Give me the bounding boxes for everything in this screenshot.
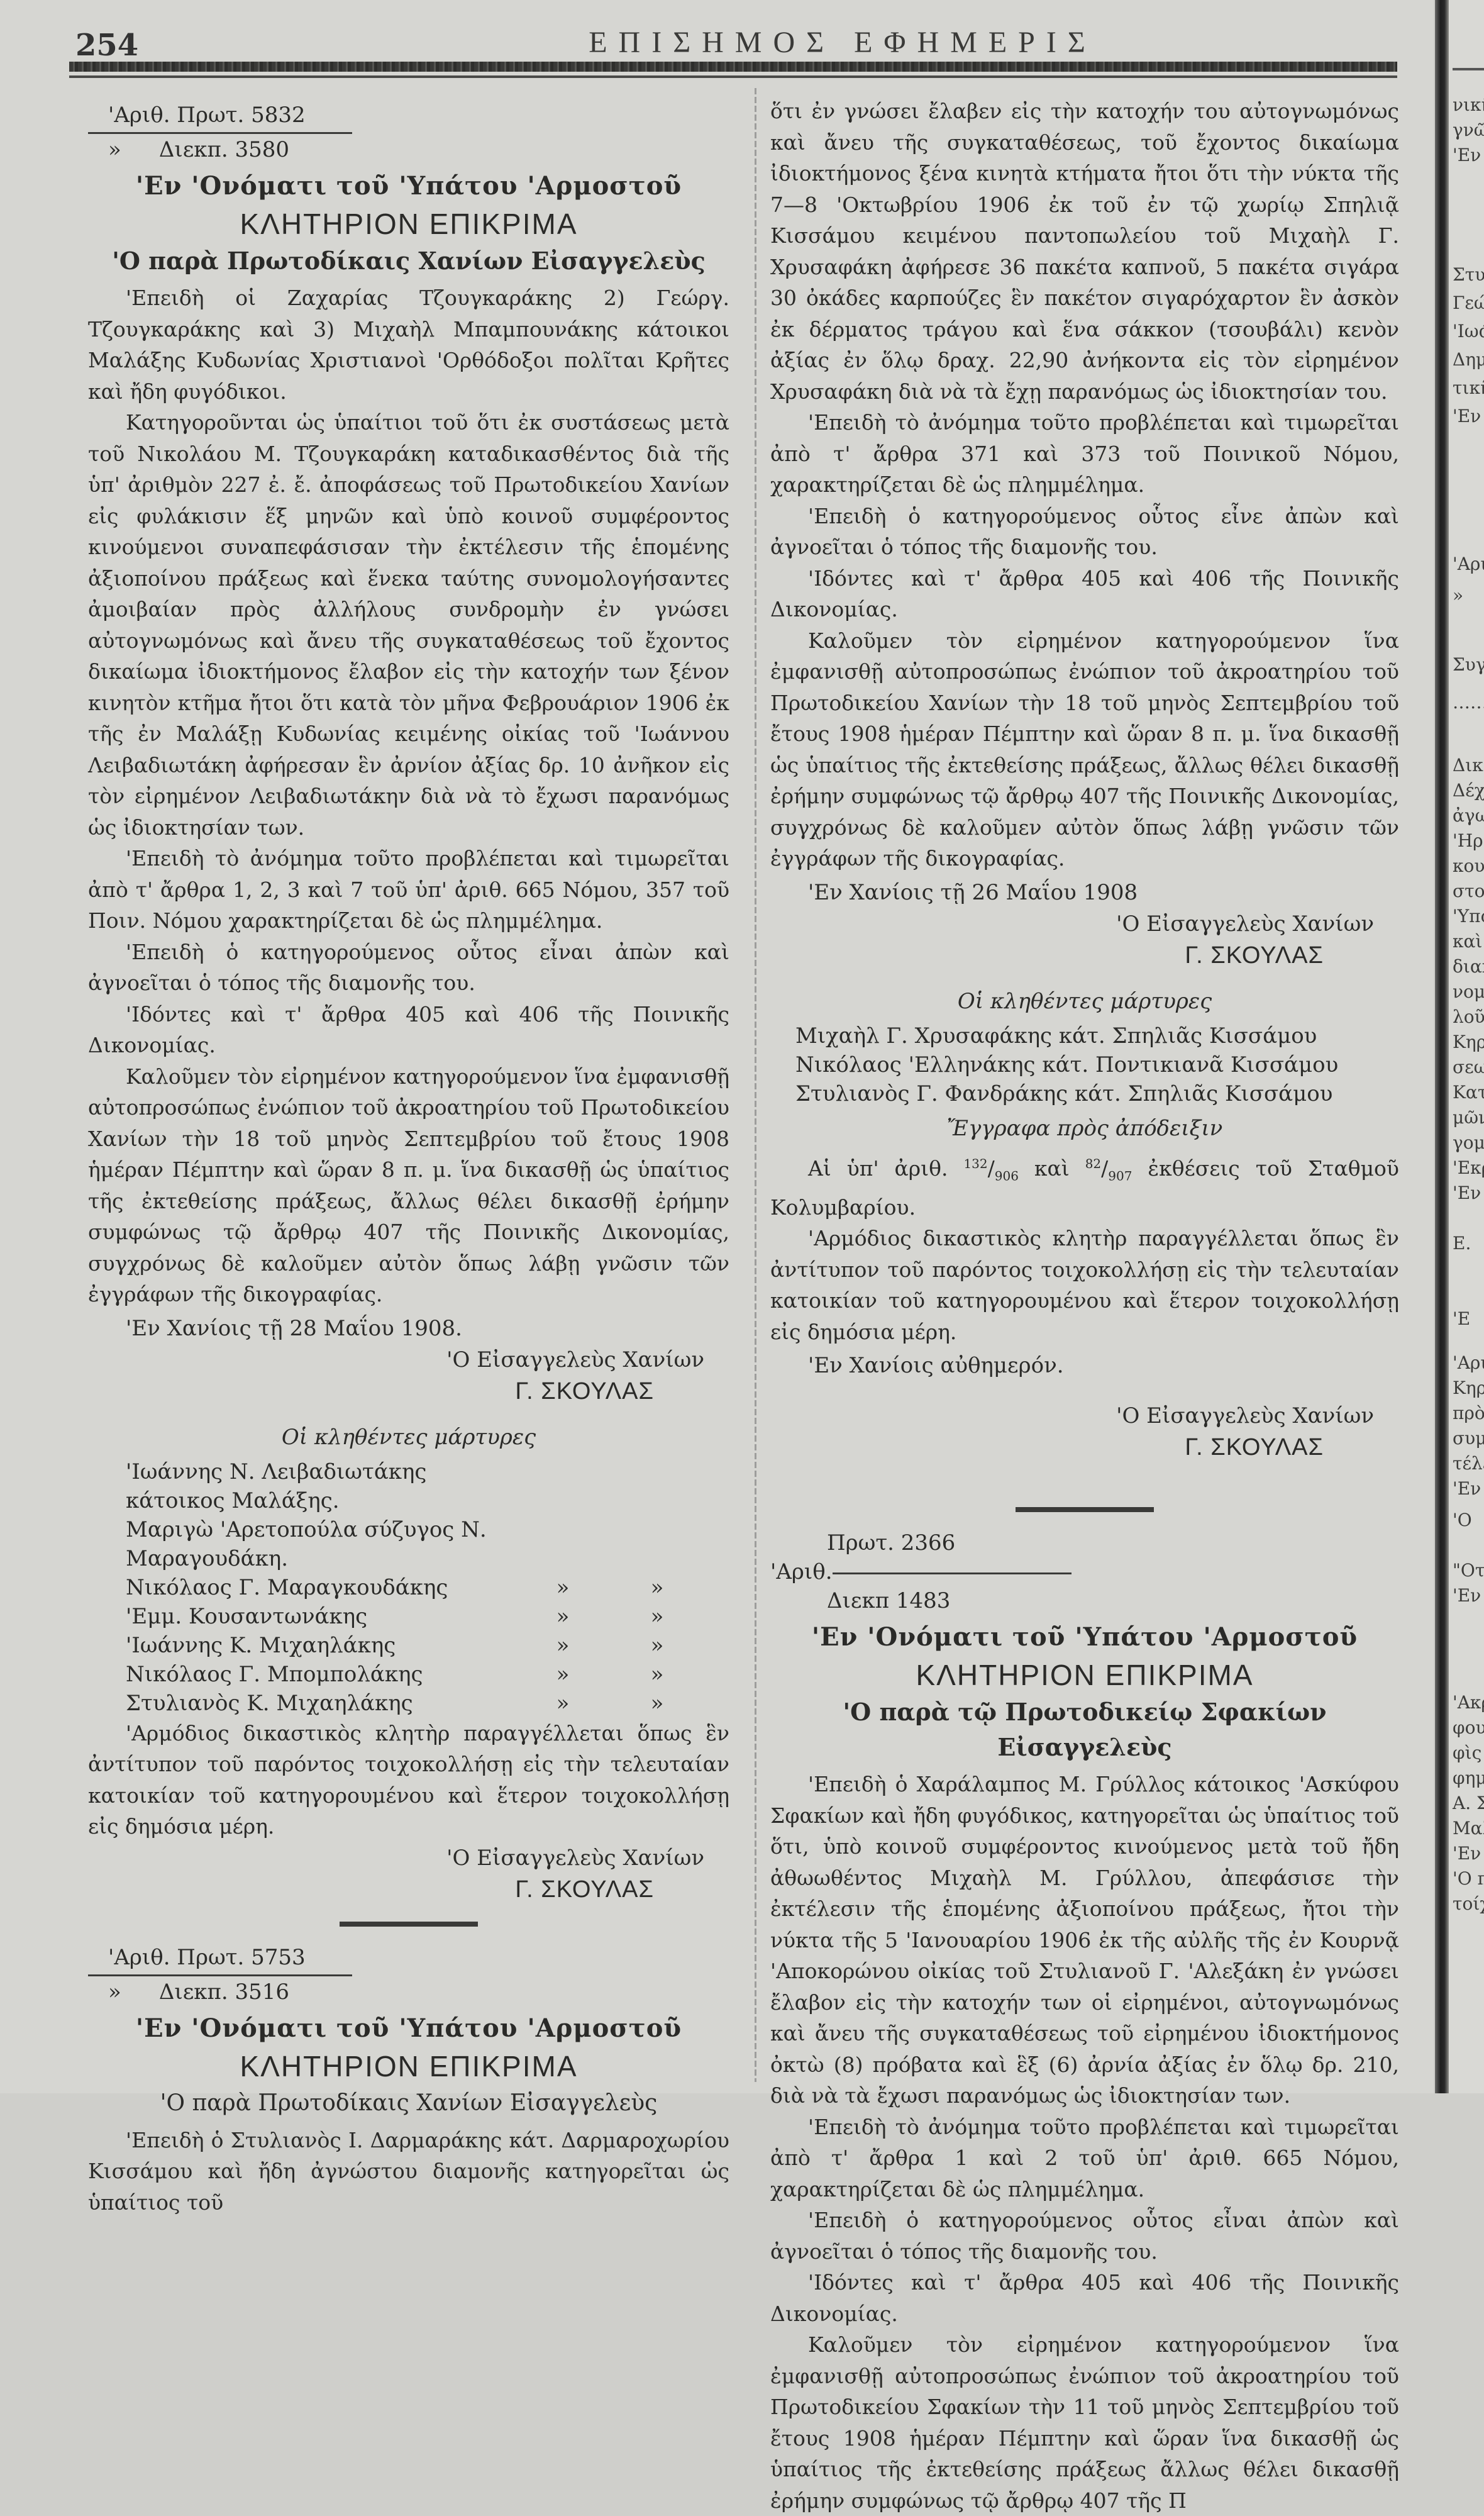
fragment-line: γομένου: [1453, 1132, 1484, 1153]
reference-rule: [88, 132, 352, 134]
witness-name: Μαριγὼ 'Αρετοπούλα σύζυγος Ν. Μαραγουδάκ…: [126, 1515, 516, 1573]
fragment-line: 'Εν: [1453, 1183, 1481, 1203]
ditto-mark: »: [516, 1573, 610, 1602]
witness-name: Νικόλαος Γ. Μπομπολάκης: [126, 1660, 516, 1689]
ditto-mark: »: [610, 1602, 704, 1631]
continuation-paragraph: 'Επειδὴ τὸ ἀνόμημα τοῦτο προβλέπεται καὶ…: [770, 407, 1399, 501]
witness-name: Στυλιανὸς Κ. Μιχαηλάκης: [126, 1689, 516, 1718]
fragment-line: νικῆς: [1453, 94, 1484, 115]
notice-1-office: 'Ο παρὰ Πρωτοδίκαις Χανίων Εἰσαγγελεὺς: [88, 243, 729, 279]
evidence-and: καὶ: [1034, 1156, 1070, 1181]
witnesses-heading: Οἱ κληθέντες μάρτυρες: [88, 1420, 729, 1455]
notice-2-reference: 'Αριθ. Πρωτ. 5753 » Διεκπ. 3516: [88, 1943, 729, 2007]
fragment-line: Συγκ: [1453, 654, 1484, 675]
page-gutter: [1435, 0, 1449, 2093]
fragment-line: μῶν δέ: [1453, 1107, 1484, 1128]
witness-name: 'Εμμ. Κουσαντωνάκης: [126, 1602, 516, 1631]
fragment-line: 'Ο: [1453, 1510, 1472, 1530]
left-column: 'Αριθ. Πρωτ. 5832 » Διεκπ. 3580 'Εν 'Ονό…: [88, 88, 729, 2093]
notice-1-title: ΚΛΗΤΗΡΙΟΝ ΕΠΙΚΡΙΜΑ: [88, 204, 729, 243]
witness-row: Στυλιανὸς Κ. Μιχαηλάκης » »: [88, 1689, 729, 1718]
fragment-line: στου δι: [1453, 881, 1484, 901]
witness-row: 'Εμμ. Κουσαντωνάκης » »: [88, 1602, 729, 1631]
fragment-line: τικῆς Ι: [1453, 377, 1484, 398]
right-column: ὅτι ἐν γνώσει ἔλαβεν εἰς τὴν κατοχήν του…: [770, 88, 1399, 2093]
notice-1-paragraph: 'Επειδὴ τὸ ἀνόμημα τοῦτο προβλέπεται καὶ…: [88, 843, 729, 937]
fragment-line: "Οτι,: [1453, 1560, 1484, 1581]
witness-name: Νικόλαος Γ. Μαραγκουδάκης: [126, 1573, 516, 1602]
ditto-mark: »: [610, 1660, 704, 1689]
continuation-paragraph: 'Επειδὴ ὁ κατηγορούμενος οὗτος εἶνε ἀπὼν…: [770, 501, 1399, 563]
fragment-line: ἀγωγὴν: [1453, 805, 1484, 826]
same-day-note: 'Εν Χανίοις αὐθημερόν.: [770, 1350, 1399, 1381]
ditto-mark: »: [610, 1631, 704, 1660]
fragment-line: διακοσί: [1453, 956, 1484, 977]
fragment-line: 'Εν: [1453, 1478, 1481, 1499]
publication-title: ΕΠΙΣΗΜΟΣ ΕΦΗΜΕΡΙΣ: [440, 25, 1245, 60]
notice-2-invocation: 'Εν 'Ονόματι τοῦ 'Υπάτου 'Αρμοστοῦ: [88, 2010, 729, 2047]
witness-row: 'Ιωάννης Ν. Λειβαδιωτάκης κάτοικος Μαλάξ…: [88, 1457, 729, 1515]
fragment-line: Ε.: [1453, 1233, 1471, 1254]
dispatch-number: Διεκπ. 3516: [159, 1979, 289, 2005]
fragment-line: Κηρύσ: [1453, 1378, 1484, 1398]
fragment-line: ……: [1453, 692, 1484, 713]
fraction-denominator: 906: [995, 1168, 1019, 1183]
fragment-line: 'Εν: [1453, 406, 1481, 426]
evidence-paragraph: Αἱ ὑπ' ἀριθ. 132/906 καὶ 82/907 ἐκθέσεις…: [770, 1149, 1399, 1223]
notice-1-paragraph: 'Επειδὴ ὁ κατηγορούμενος οὗτος εἶναι ἀπὼ…: [88, 937, 729, 999]
fragment-line: 'Ακριβ: [1453, 1692, 1484, 1713]
witness-name: 'Ιωάννης Ν. Λειβαδιωτάκης κάτοικος Μαλάξ…: [126, 1457, 516, 1515]
fragment-line: συμφώνω: [1453, 1428, 1484, 1449]
fragment-line: γνῶσιν: [1453, 120, 1484, 140]
notice-1-invocation: 'Εν 'Ονόματι τοῦ 'Υπάτου 'Αρμοστοῦ: [88, 168, 729, 204]
notice-1-paragraph: 'Ιδόντες καὶ τ' ἄρθρα 405 καὶ 406 τῆς Πο…: [88, 999, 729, 1061]
dispatch-number: Διεκπ 1483: [770, 1586, 1399, 1615]
notice-1-paragraph: 'Επειδὴ οἱ Ζαχαρίας Τζουγκαράκης 2) Γεώρ…: [88, 282, 729, 407]
fragment-line: 'Ο πλη: [1453, 1868, 1484, 1889]
fragment-line: »: [1453, 585, 1463, 606]
fragment-line: Κηρύ: [1453, 1032, 1484, 1052]
bailiff-instruction: 'Αρμόδιος δικαστικὸς κλητὴρ παραγγέλλετα…: [88, 1718, 729, 1842]
fragment-line: Α. Στεια: [1453, 1793, 1484, 1813]
signer-title: 'Ο Εἰσαγγελεὺς Χανίων: [770, 1400, 1399, 1432]
fragment-line: Γεώ: [1453, 292, 1484, 313]
witness-name: Μιχαὴλ Γ. Χρυσαφάκης κάτ. Σπηλιᾶς Κισσάμ…: [770, 1021, 1399, 1050]
header-rule: [69, 62, 1397, 72]
notice-separator: [1016, 1507, 1154, 1512]
page-number: 254: [75, 28, 138, 63]
fragment-line: 'Ε: [1453, 1308, 1470, 1329]
fragment-line: 'Εν 'Η: [1453, 1585, 1484, 1606]
fragment-line: κου τέω: [1453, 855, 1484, 876]
fragment-line: φὶς δημο: [1453, 1742, 1484, 1763]
dispatch-number-row: » Διεκπ. 3580: [88, 135, 729, 164]
ditto-mark: »: [516, 1631, 610, 1660]
protocol-number: 'Αριθ. Πρωτ. 5753: [88, 1943, 729, 1972]
witness-row: Μαριγὼ 'Αρετοπούλα σύζυγος Ν. Μαραγουδάκ…: [88, 1515, 729, 1573]
ditto-mark: »: [108, 1978, 152, 2007]
protocol-number: Πρωτ. 2366: [770, 1528, 1399, 1557]
protocol-number: 'Αριθ. Πρωτ. 5832: [88, 101, 729, 130]
witness-name: Στυλιανὸς Γ. Φανδράκης κάτ. Σπηλιᾶς Κισσ…: [770, 1079, 1399, 1108]
notice-separator: [340, 1922, 478, 1927]
dispatch-number-row: » Διεκπ. 3516: [88, 1978, 729, 2007]
witness-name: 'Ιωάννης Κ. Μιχαηλάκης: [126, 1631, 516, 1660]
notice-3-reference: Πρωτ. 2366 'Αριθ. Διεκπ 1483: [770, 1528, 1399, 1615]
fragment-line: Κατα: [1453, 1082, 1484, 1103]
fragment-line: τέλεσιν.: [1453, 1453, 1484, 1474]
signer-name: Γ. ΣΚΟΥΛΑΣ: [88, 1376, 729, 1407]
fragment-line: 'Ιωά: [1453, 321, 1484, 342]
fragment-line: νομίμου: [1453, 981, 1484, 1002]
ditto-mark: »: [516, 1689, 610, 1718]
notice-3-paragraph: 'Επειδὴ ὁ Χαράλαμπος Μ. Γρύλλος κάτοικος…: [770, 1769, 1399, 2093]
fragment-line: λοῦς ἐξ: [1453, 1006, 1484, 1027]
header-rule: [1453, 68, 1484, 70]
column-divider: [755, 88, 756, 2082]
witness-row: Νικόλαος Γ. Μαραγκουδάκης » »: [88, 1573, 729, 1602]
ditto-mark: »: [108, 135, 152, 164]
signer-name: Γ. ΣΚΟΥΛΑΣ: [770, 1432, 1399, 1463]
fragment-line: Δημ: [1453, 349, 1484, 370]
reference-rule: [833, 1572, 1071, 1574]
reference-rule-row: 'Αριθ.: [770, 1557, 1399, 1586]
fragment-line: σεως ἐκ: [1453, 1057, 1484, 1077]
fragment-line: 'Εκρίθ: [1453, 1157, 1484, 1178]
ditto-mark: »: [516, 1602, 610, 1631]
signer-title: 'Ο Εἰσαγγελεὺς Χανίων: [770, 908, 1399, 940]
fragment-line: 'Εν 'Η: [1453, 1843, 1484, 1864]
signer-name: Γ. ΣΚΟΥΛΑΣ: [88, 1874, 729, 1905]
fraction-numerator: 132: [963, 1156, 987, 1171]
signer-title: 'Ο Εἰσαγγελεὺς Χανίων: [88, 1344, 729, 1376]
witness-row: 'Ιωάννης Κ. Μιχαηλάκης » »: [88, 1631, 729, 1660]
evidence-heading: Ἔγγραφα πρὸς ἀπόδειξιν: [770, 1111, 1399, 1146]
notice-1-paragraph: Καλοῦμεν τὸν εἰρημένον κατηγορούμενον ἵν…: [88, 1061, 729, 1310]
notice-2-title: ΚΛΗΤΗΡΙΟΝ ΕΠΙΚΡΙΜΑ: [88, 2047, 729, 2086]
signer-title: 'Ο Εἰσαγγελεὺς Χανίων: [88, 1842, 729, 1874]
notice-2-office: 'Ο παρὰ Πρωτοδίκαις Χανίων Εἰσαγγελεὺς: [88, 2086, 729, 2094]
continuation-paragraph: 'Ιδόντες καὶ τ' ἄρθρα 405 καὶ 406 τῆς Πο…: [770, 563, 1399, 625]
fragment-line: 'Αριθ: [1453, 1352, 1484, 1373]
fragment-line: 'Αριθ: [1453, 554, 1484, 574]
fragment-line: Στυ: [1453, 264, 1484, 285]
notice-1-paragraph: Κατηγοροῦνται ὡς ὑπαίτιοι τοῦ ὅτι ἐκ συσ…: [88, 407, 729, 843]
fragment-line: 'Ηρακλ: [1453, 830, 1484, 851]
continuation-paragraph: Καλοῦμεν τὸν εἰρημένον κατηγορούμενον ἵν…: [770, 625, 1399, 874]
ditto-mark: »: [610, 1689, 704, 1718]
witness-row: Νικόλαος Γ. Μπομπολάκης » »: [88, 1660, 729, 1689]
fragment-line: Μαλεβυζί: [1453, 1818, 1484, 1839]
continuation-date: 'Εν Χανίοις τῇ 26 Μαΐου 1908: [770, 877, 1399, 908]
notice-3-invocation: 'Εν 'Ονόματι τοῦ 'Υπάτου 'Αρμοστοῦ: [770, 1619, 1399, 1656]
next-page-fragment: νικῆς γνῶσιν 'Εν Στυ Γεώ 'Ιωά Δημ τικῆς …: [1449, 0, 1484, 2093]
fraction-denominator: 907: [1108, 1168, 1132, 1183]
reference-rule: [88, 1974, 352, 1976]
witness-name: Νικόλαος 'Ελληνάκης κάτ. Ποντικιανᾶ Κισσ…: [770, 1050, 1399, 1079]
ditto-mark: »: [610, 1573, 704, 1602]
notice-3-office: 'Ο παρὰ τῷ Πρωτοδικείῳ Σφακίων: [770, 1695, 1399, 1730]
dispatch-number: Διεκπ. 3580: [159, 137, 289, 162]
evidence-prefix: Αἱ ὑπ' ἀριθ.: [808, 1156, 948, 1181]
continuation-paragraph: ὅτι ἐν γνώσει ἔλαβεν εἰς τὴν κατοχήν του…: [770, 96, 1399, 407]
witnesses-heading: Οἱ κληθέντες μάρτυρες: [770, 984, 1399, 1019]
fragment-line: 'Υπο: [1453, 906, 1484, 927]
ditto-mark: »: [516, 1660, 610, 1689]
signer-name: Γ. ΣΚΟΥΛΑΣ: [770, 940, 1399, 971]
fragment-line: φου πρώ: [1453, 1717, 1484, 1738]
notice-3-office-line-2: Εἰσαγγελεὺς: [770, 1730, 1399, 1765]
notice-3-title: ΚΛΗΤΗΡΙΟΝ ΕΠΙΚΡΙΜΑ: [770, 1656, 1399, 1695]
notice-1-reference: 'Αριθ. Πρωτ. 5832 » Διεκπ. 3580: [88, 101, 729, 164]
fragment-line: καὶ τῷ: [1453, 931, 1484, 952]
fragment-line: Δικά: [1453, 755, 1484, 776]
reference-label: 'Αριθ.: [770, 1559, 833, 1584]
bailiff-instruction: 'Αρμόδιος δικαστικὸς κλητὴρ παραγγέλλετα…: [770, 1223, 1399, 1347]
fraction-numerator: 82: [1085, 1156, 1101, 1171]
newspaper-page: 254 ΕΠΙΣΗΜΟΣ ΕΦΗΜΕΡΙΣ 'Αριθ. Πρωτ. 5832 …: [0, 0, 1434, 2093]
fragment-line: πρὸς τοῦ: [1453, 1403, 1484, 1423]
header-rule-thin: [69, 75, 1397, 78]
notice-1-date: 'Εν Χανίοις τῇ 28 Μαΐου 1908.: [88, 1313, 729, 1344]
fragment-line: 'Εν: [1453, 145, 1481, 165]
fragment-line: φημερίδο: [1453, 1767, 1484, 1788]
fragment-line: Δέχε: [1453, 780, 1484, 801]
fragment-line: τοίχου 'Η: [1453, 1893, 1484, 1914]
